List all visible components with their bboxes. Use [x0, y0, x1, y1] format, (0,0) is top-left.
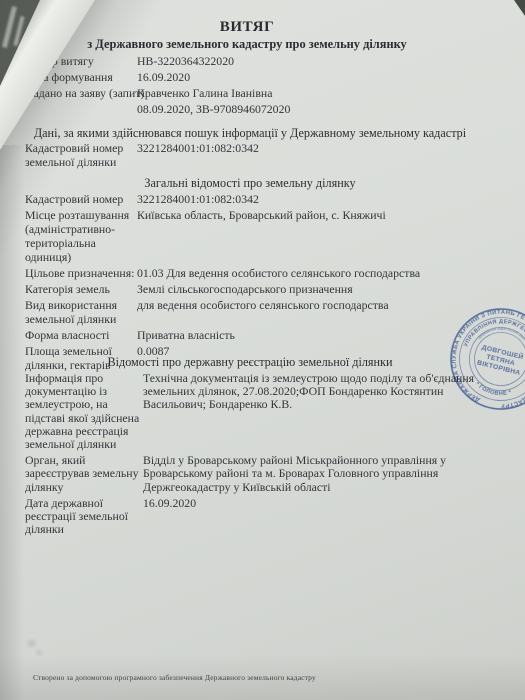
- field-label: Надано на заяву (запит): [25, 85, 137, 101]
- field-value: 01.03 Для ведення особистого селянського…: [137, 266, 501, 280]
- paper-shading: [0, 145, 24, 700]
- table-row: Орган, який зареєстрував земельну ділянк…: [25, 454, 501, 494]
- paper-stain: [27, 640, 36, 647]
- footer-note: Створено за допомогою програмного забезп…: [33, 673, 316, 682]
- field-value: Київська область, Броварський район, с. …: [137, 208, 501, 222]
- field-value: 16.09.2020: [137, 69, 501, 85]
- field-label: Кадастровий номер земельної ділянки: [25, 141, 137, 169]
- field-value: 3221284001:01:082:0342: [137, 141, 501, 155]
- document-page: ВИТЯГ з Державного земельного кадастру п…: [0, 0, 525, 700]
- table-row: Інформація про документацію із землеустр…: [25, 372, 501, 451]
- field-label: Орган, який зареєстрував земельну ділянк…: [25, 454, 143, 494]
- field-value: Кравченко Галина Іванівна 08.09.2020, ЗВ…: [137, 85, 501, 117]
- table-row: Дата державної реєстрації земельної діля…: [25, 497, 501, 537]
- field-label: Кадастровий номер: [25, 192, 137, 206]
- table-row: Категорія земель Землі сільськогосподарс…: [25, 282, 501, 296]
- meta-block: Номер витягу НВ-3220364322020 Дата форму…: [25, 53, 501, 117]
- field-value: Відділ у Броварському районі Міськрайонн…: [143, 454, 501, 494]
- field-label: Інформація про документацію із землеустр…: [25, 372, 143, 451]
- section-heading-search: Дані, за якими здійснювався пошук інформ…: [0, 126, 500, 141]
- table-row: Місце розташування (адміністративно-тери…: [25, 208, 501, 264]
- field-label: Вид використання земельної ділянки: [25, 298, 137, 326]
- doc-subtitle: з Державного земельного кадастру про зем…: [0, 37, 494, 52]
- section-general: Кадастровий номер 3221284001:01:082:0342…: [25, 192, 501, 374]
- field-value: НВ-3220364322020: [137, 53, 501, 69]
- table-row: Форма власності Приватна власність: [25, 328, 501, 342]
- field-value: для ведення особистого селянського госпо…: [137, 298, 501, 312]
- field-value: 16.09.2020: [143, 497, 501, 510]
- table-row: Кадастровий номер земельної ділянки 3221…: [25, 141, 501, 169]
- photo-scene: ВИТЯГ з Державного земельного кадастру п…: [0, 0, 525, 700]
- meta-row: Надано на заяву (запит) Кравченко Галина…: [25, 85, 501, 117]
- field-label: Цільове призначення:: [25, 266, 137, 280]
- field-label: Місце розташування (адміністративно-тери…: [25, 208, 137, 264]
- table-row: Кадастровий номер 3221284001:01:082:0342: [25, 192, 501, 206]
- field-label: Категорія земель: [25, 282, 137, 296]
- field-label: Дата державної реєстрації земельної діля…: [25, 497, 143, 537]
- meta-row: Дата формування 16.09.2020: [25, 69, 501, 85]
- section-search: Кадастровий номер земельної ділянки 3221…: [25, 141, 501, 171]
- field-label: Форма власності: [25, 328, 137, 342]
- section-heading-general: Загальні відомості про земельну ділянку: [0, 176, 500, 191]
- field-value: Землі сільськогосподарського призначення: [137, 282, 501, 296]
- table-row: Цільове призначення: 01.03 Для ведення о…: [25, 266, 501, 280]
- paper-stain: [36, 650, 42, 655]
- meta-row: Номер витягу НВ-3220364322020: [25, 53, 501, 69]
- field-value: 3221284001:01:082:0342: [137, 192, 501, 206]
- table-row: Вид використання земельної ділянки для в…: [25, 298, 501, 326]
- section-heading-registration: Відомості про державну реєстрацію земель…: [0, 355, 500, 370]
